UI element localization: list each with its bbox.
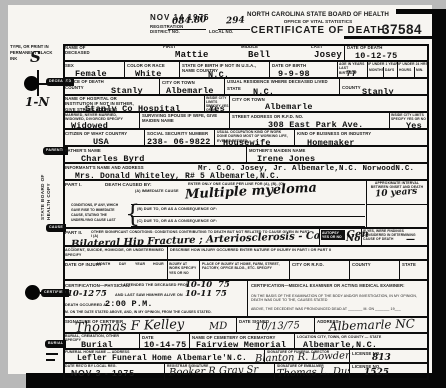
field-cause-interval: APPROXIMATE INTERVAL BETWEEN ONSET AND D… <box>367 181 429 229</box>
conditions-brace: { <box>125 200 140 228</box>
last-col-label: LAST <box>311 44 323 49</box>
cause-a-underline <box>131 204 365 205</box>
cemetery-value: Fairview Memorial <box>196 340 286 350</box>
pod-county-value: Stanly <box>111 86 143 96</box>
usual-residence-label: USUAL RESIDENCE WHERE DECEASED LIVED <box>227 79 337 84</box>
autopsy-label: AUTOPSY YES OR NO <box>321 230 345 240</box>
inside-city-value: Yes <box>209 104 225 113</box>
first-col-label: FIRST <box>163 44 176 49</box>
inside-city-2-label: INSIDE CITY LIMITS SPECIFY YES OR NO <box>391 113 427 121</box>
field-burial-type: BURIAL, CREMATION, OTHER SPECIFY Burial <box>63 334 140 350</box>
field-date-received: DATE REC'D BY LOCAL REG. NOV 3 - 1975 <box>63 364 165 380</box>
margin-dash-2 <box>46 359 55 361</box>
industry-label: KIND OF BUSINESS OR INDUSTRY <box>297 131 371 136</box>
date-of-birth-label: DATE OF BIRTH <box>272 63 306 68</box>
occupation-value: Housewife <box>223 138 271 147</box>
citizen-value: USA <box>93 137 109 147</box>
field-license-2: LICENSE NO. 1525 <box>350 364 429 380</box>
margin-mark-1n: 1-N <box>25 95 49 109</box>
field-date-signed: DATE SIGNED 10/13/75 <box>237 318 315 334</box>
ssn-value: 238- 06-9822 <box>147 137 211 147</box>
burial-type-value: Burial <box>81 340 113 350</box>
residence-state-value: N.C. <box>253 87 274 96</box>
field-accident-type: ACCIDENT, SUICIDE, HOMICIDE, OR UNDETERM… <box>63 247 168 261</box>
certificate-number: 37584 <box>382 22 422 37</box>
death-time-value: 2:00 P.M. <box>105 299 153 309</box>
interval-underline <box>367 204 429 205</box>
hours-label: HOURS <box>399 68 411 72</box>
field-hospital: NAME OF HOSPITAL OR INSTITUTION IF NOT I… <box>63 96 205 113</box>
first-name-value: Mattie <box>175 50 209 60</box>
funeral-director-value: Blanton R. Lowder <box>255 350 350 364</box>
field-autopsy-findings: IF YES, WERE FINDINGS CONSIDERED IN DETE… <box>362 229 429 247</box>
residence-county-label: COUNTY <box>342 85 361 90</box>
last-alive-text: AND LAST SAW HIM/HER ALIVE ON <box>115 293 183 298</box>
death-occurred-text: DEATH OCCURRED AT <box>65 303 108 308</box>
days-label: DAYS <box>385 68 394 72</box>
field-mother-name: MOTHER'S MAIDEN NAME Irene Jones <box>247 147 429 164</box>
age-value: 77 <box>346 69 357 79</box>
industry-value: Homemaker <box>307 138 355 147</box>
field-sex: SEX Female <box>63 62 125 79</box>
field-funeral-home: FUNERAL HOME NAME — ADDRESS Lefler Funer… <box>63 350 265 364</box>
field-state-of-birth: STATE OF BIRTH IF NOT IN U.S.A., NAME CO… <box>180 62 270 79</box>
embalmer-value: Thomas L. Dush <box>277 366 350 380</box>
field-license-1: LICENSE NO. 813 <box>350 350 429 364</box>
mother-value: Irene Jones <box>257 154 315 164</box>
location-value: Albemarle,N.C. <box>303 340 377 350</box>
field-inside-city-limits-2: INSIDE CITY LIMITS SPECIFY YES OR NO Yes <box>390 113 429 130</box>
certifier-signature-value: Thomas F Kelley <box>75 318 185 334</box>
attended-to-year: 75 <box>95 289 107 299</box>
injury-day-label: DAY <box>119 262 126 266</box>
field-cemetery-location: LOCATION CITY, TOWN, OR COUNTY — STATE A… <box>295 334 429 350</box>
field-ssn: SOCIAL SECURITY NUMBER 238- 06-9822 <box>145 130 215 147</box>
injury-at-work-label: INJURY AT WORK SPECIFY YES OR NO <box>169 262 199 275</box>
certifier-address-value: Albemarle NC <box>329 318 415 333</box>
date-of-death-value: 10-12-75 <box>355 51 397 61</box>
field-if-under-1-year: IF UNDER 1 YEAR MONTHS DAYS <box>368 62 398 79</box>
location-label: LOCATION CITY, TOWN, OR COUNTY — STATE <box>297 335 425 339</box>
informant-label: INFORMANT'S NAME AND ADDRESS <box>65 165 144 170</box>
board-name: NORTH CAROLINA STATE BOARD OF HEALTH <box>238 11 398 19</box>
injury-year-label: YEAR <box>135 262 145 266</box>
date-of-death-label: DATE OF DEATH <box>347 45 383 50</box>
months-label: MONTHS <box>369 68 384 72</box>
part2-label: PART II. <box>65 230 82 236</box>
state-of-birth-value: N.C. <box>208 70 229 79</box>
part1-label: PART I. <box>65 182 82 188</box>
copy-designation: STATE BOARD OF HEALTH COPY <box>40 168 52 220</box>
injury-state-label: STATE <box>402 262 416 267</box>
field-residence-city: CITY OR TOWN Albemarle <box>230 96 429 113</box>
hospital-value: Stanly Co Hospital <box>85 104 180 113</box>
ssn-label: SOCIAL SECURITY NUMBER <box>147 131 208 136</box>
death-occurred-text2: M. ON THE DATE STATED ABOVE, AND, IN MY … <box>65 310 243 314</box>
sex-value: Female <box>75 69 107 79</box>
pod-city-label: CITY OR TOWN <box>162 80 195 85</box>
burial-date-value: 10-14-75 <box>144 340 186 350</box>
residence-city-label: CITY OR TOWN <box>232 97 265 102</box>
field-citizenship: CITIZEN OF WHAT COUNTRY USA <box>63 130 145 147</box>
residence-state-label: STATE <box>227 86 241 91</box>
marital-value: Widowed <box>71 121 108 130</box>
office-name: OFFICE OF VITAL STATISTICS <box>238 19 398 25</box>
registrar-value: Booker R Gray Sr <box>169 364 259 378</box>
pod-city-value: Albemarle <box>166 86 214 96</box>
residence-county-value: Stanly <box>362 87 394 96</box>
field-informant: INFORMANT'S NAME AND ADDRESS Mr. C.O. Jo… <box>63 164 429 181</box>
place-of-injury-label: PLACE OF INJURY AT HOME, FARM, STREET, F… <box>202 262 287 271</box>
race-value: White <box>135 69 162 79</box>
last-name-value: Josey <box>314 50 342 60</box>
immediate-cause-label: (a) IMMEDIATE CAUSE <box>135 189 179 194</box>
place-of-death-label: PLACE OF DEATH <box>65 79 104 84</box>
due-to-c-label: (c) DUE TO, OR AS A CONSEQUENCE OF: <box>137 219 217 224</box>
field-registrar-signature: REGISTRAR SIGNATURE Booker R Gray Sr <box>165 364 275 380</box>
middle-col-label: MIDDLE <box>241 44 258 49</box>
field-injury-county: COUNTY <box>350 261 400 281</box>
min-label: MIN. <box>416 68 423 72</box>
injury-month-label: MONTH <box>97 262 110 266</box>
punch-hole-top <box>24 76 39 91</box>
field-father-name: FATHER'S NAME Charles Byrd <box>63 147 247 164</box>
conditions-note: CONDITIONS, IF ANY, WHICH GAVE RISE TO I… <box>71 203 127 223</box>
field-inside-city-limits: INSIDE CITY LIMITS SPECIFY YES OR NO Yes <box>205 96 230 113</box>
field-certification-physician: CERTIFICATION—PHYSICIAN: I ATTENDED THE … <box>63 281 248 318</box>
scanned-death-certificate: { "header": { "stamp_top": "NOV 14 1975"… <box>0 0 446 388</box>
scan-mark-top-right <box>396 9 446 14</box>
field-injury-at-work: INJURY AT WORK SPECIFY YES OR NO <box>168 261 200 281</box>
street-label: STREET ADDRESS OR R.F.D. NO. <box>232 114 303 119</box>
citizen-label: CITIZEN OF WHAT COUNTRY <box>65 131 127 136</box>
field-cause-part1: PART I. DEATH CAUSED BY: ENTER ONLY ONE … <box>63 181 367 229</box>
street-value: 308 East Park Ave. <box>268 120 363 130</box>
attended-text: I ATTENDED THE DECEASED FROM <box>121 283 189 288</box>
spouse-label: SURVIVING SPOUSE IF WIFE, GIVE MAIDEN NA… <box>142 113 226 124</box>
findings-label: IF YES, WERE FINDINGS CONSIDERED IN DETE… <box>363 229 427 241</box>
middle-name-value: Bell <box>248 50 270 60</box>
certifier-degree: MD <box>209 321 228 333</box>
license-2-value: 1525 <box>364 368 389 378</box>
medical-examiner-label: CERTIFICATION—MEDICAL EXAMINER OR ACTING… <box>251 283 423 288</box>
inside-city-2-value: Yes <box>406 121 422 130</box>
field-race: COLOR OR RACE White <box>125 62 180 79</box>
field-injury-state: STATE <box>400 261 429 281</box>
margin-mark-s: S <box>30 48 41 66</box>
field-funeral-director-signature: SIGNATURE OF FUNERAL DIRECTOR Blanton R.… <box>265 350 350 364</box>
field-certifier-signature: SIGNATURE OF CERTIFIER Thomas F Kelley M… <box>63 318 237 334</box>
field-describe-injury: DESCRIBE HOW INJURY OCCURRED ENTER NATUR… <box>168 247 429 261</box>
field-if-under-24-hours: IF UNDER 24 HRS. HOURS MIN. <box>398 62 429 79</box>
field-name-of-deceased: NAME OF DECEASED FIRST MIDDLE LAST Matti… <box>63 44 345 62</box>
informant-line2: Mrs. Donald Whiteley, R# 5 Albemarle,N.C… <box>75 172 280 181</box>
field-autopsy: AUTOPSY YES OR NO No <box>320 229 362 247</box>
registration-district-value: 084.80 <box>172 15 207 27</box>
field-cause-part2: PART II. OTHER SIGNIFICANT CONDITIONS: C… <box>63 229 320 247</box>
field-age: AGE IN YEARS LAST BIRTHDAY 77 <box>338 62 368 79</box>
pod-county-label: COUNTY <box>65 85 84 90</box>
injury-county-label: COUNTY <box>352 262 371 267</box>
field-occupation: USUAL OCCUPATION KIND OF WORK DONE DURIN… <box>215 130 295 147</box>
caused-by-label: DEATH CAUSED BY: <box>105 182 152 188</box>
date-of-birth-value: 9-9-98 <box>278 69 310 79</box>
name-label: NAME OF DECEASED <box>65 45 105 56</box>
date-received-stamp: NOV 3 - 1975 <box>71 368 135 378</box>
field-cemetery: NAME OF CEMETERY OR CREMATORY Fairview M… <box>190 334 295 350</box>
mother-label: MOTHER'S MAIDEN NAME <box>249 148 306 153</box>
field-injury-date: DATE OF INJURY MONTH DAY YEAR HOUR <box>63 261 168 281</box>
injury-city-label: CITY OR R.F.D. <box>292 262 324 267</box>
registration-underline <box>168 29 206 30</box>
date-signed-value: 10/13/75 <box>255 320 300 333</box>
medical-examiner-text2: ABOVE, THE DECEDENT WAS PRONOUNCED DEAD … <box>251 307 423 311</box>
cause-c-underline <box>131 226 365 227</box>
under-1-year-label: IF UNDER 1 YEAR <box>368 62 398 66</box>
field-industry: KIND OF BUSINESS OR INDUSTRY Homemaker <box>295 130 429 147</box>
last-alive-year: 75 <box>215 289 227 299</box>
under-24-label: IF UNDER 24 HRS. <box>398 62 429 66</box>
field-residence-county: COUNTY Stanly <box>340 79 429 96</box>
field-date-of-birth: DATE OF BIRTH 9-9-98 <box>270 62 338 79</box>
field-street-address: STREET ADDRESS OR R.F.D. NO. 308 East Pa… <box>230 113 390 130</box>
field-marital-status: MARRIED, NEVER MARRIED, WIDOWED, DIVORCE… <box>63 113 140 130</box>
field-certifier-address: ADDRESS Albemarle NC <box>315 318 429 334</box>
cause-b-underline <box>131 216 365 217</box>
field-certification-medical-examiner: CERTIFICATION—MEDICAL EXAMINER OR ACTING… <box>248 281 429 318</box>
accident-label: ACCIDENT, SUICIDE, HOMICIDE, OR UNDETERM… <box>65 248 165 257</box>
father-value: Charles Byrd <box>81 154 145 164</box>
under-1-divider <box>383 67 384 79</box>
field-injury-city: CITY OR R.F.D. <box>290 261 350 281</box>
field-residence-state: USUAL RESIDENCE WHERE DECEASED LIVED STA… <box>225 79 340 96</box>
field-surviving-spouse: SURVIVING SPOUSE IF WIFE, GIVE MAIDEN NA… <box>140 113 230 130</box>
injury-hour-label: HOUR <box>153 262 164 266</box>
findings-value: — <box>406 235 415 245</box>
field-place-of-injury: PLACE OF INJURY AT HOME, FARM, STREET, F… <box>200 261 290 281</box>
field-embalmer-signature: SIGNATURE OF EMBALMER Thomas L. Dush <box>275 364 350 380</box>
field-place-of-death-city: CITY OR TOWN Albemarle <box>160 79 225 96</box>
license-1-value: 813 <box>372 353 391 363</box>
medical-examiner-text1: ON THE BASIS OF THE EXAMINATION OF THE B… <box>251 294 423 303</box>
field-place-of-death-county: PLACE OF DEATH COUNTY Stanly <box>63 79 160 96</box>
interval-value: 10 years <box>375 187 418 200</box>
describe-injury-label: DESCRIBE HOW INJURY OCCURRED ENTER NATUR… <box>170 248 420 253</box>
punch-hole-bottom <box>25 285 40 300</box>
sex-label: SEX <box>65 63 74 68</box>
funeral-home-value: Lefler Funeral Home Albemarle'N.C. <box>77 354 247 363</box>
race-label: COLOR OR RACE <box>127 63 165 68</box>
last-alive-date: 10-11 <box>185 289 212 299</box>
residence-city-value: Albemarle <box>265 102 313 112</box>
certificate-number-underline <box>344 36 432 39</box>
under-24-divider <box>414 67 415 79</box>
due-to-b-label: (b) DUE TO, OR AS A CONSEQUENCE OF: <box>137 207 217 212</box>
father-label: FATHER'S NAME <box>65 148 101 153</box>
field-date-of-death: DATE OF DEATH 10-12-75 <box>345 44 429 62</box>
field-burial-date: DATE 10-14-75 <box>140 334 190 350</box>
autopsy-value: No <box>346 234 360 244</box>
attended-to-date: 10-12 <box>67 289 94 299</box>
scan-edge-right <box>432 14 446 388</box>
margin-dash-1 <box>46 353 58 355</box>
